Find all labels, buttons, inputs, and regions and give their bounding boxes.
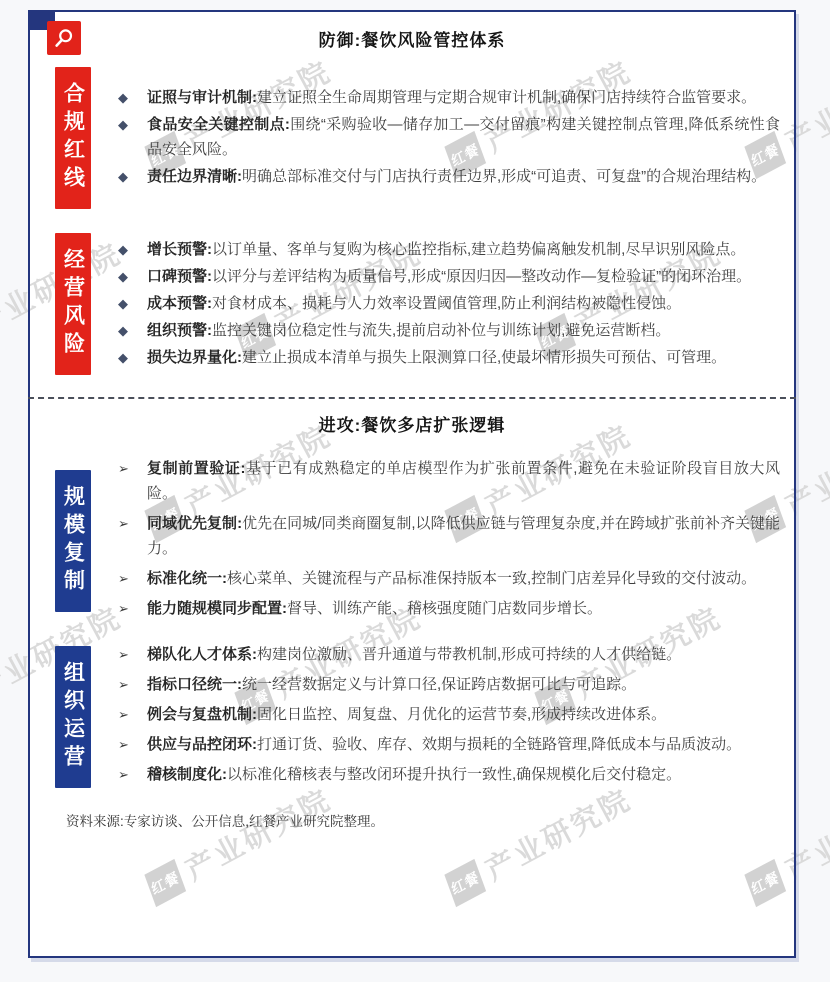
item-lead: 口碑预警: (147, 268, 212, 285)
item-lead: 成本预警: (147, 295, 212, 312)
group-items: ◆增长预警:以订单量、客单与复购为核心监控指标,建立趋势偏离触发机制,尽早识别风… (117, 237, 780, 372)
diamond-bullet-icon: ◆ (118, 237, 128, 262)
group-label-text: 组织运营 (63, 661, 84, 773)
group-label-text: 经营风险 (63, 248, 84, 360)
item-lead: 稽核制度化: (147, 766, 227, 783)
item-text: 构建岗位激励、晋升通道与带教机制,形成可持续的人才供给链。 (257, 646, 681, 663)
section-group: 经营风险◆增长预警:以订单量、客单与复购为核心监控指标,建立趋势偏离触发机制,尽… (28, 233, 796, 375)
bullet-item: ◆成本预警:对食材成本、损耗与人力效率设置阈值管理,防止利润结构被隐性侵蚀。 (117, 291, 780, 316)
item-lead: 供应与品控闭环: (147, 736, 257, 753)
item-lead: 例会与复盘机制: (147, 706, 257, 723)
magnifier-glyph (52, 26, 76, 50)
bullet-item: ◆证照与审计机制:建立证照全生命周期管理与定期合规审计机制,确保门店持续符合监管… (117, 85, 780, 110)
bullet-item: ➢同域优先复制:优先在同城/同类商圈复制,以降低供应链与管理复杂度,并在跨域扩张… (117, 511, 780, 561)
arrow-bullet-icon: ➢ (118, 672, 129, 697)
bullet-item: ◆增长预警:以订单量、客单与复购为核心监控指标,建立趋势偏离触发机制,尽早识别风… (117, 237, 780, 262)
diamond-bullet-icon: ◆ (118, 291, 128, 316)
section-group: 组织运营➢梯队化人才体系:构建岗位激励、晋升通道与带教机制,形成可持续的人才供给… (28, 642, 796, 792)
bullet-item: ◆责任边界清晰:明确总部标准交付与门店执行责任边界,形成“可追责、可复盘”的合规… (117, 164, 780, 189)
item-lead: 组织预警: (147, 322, 212, 339)
item-text: 建立止损成本清单与损失上限测算口径,使最坏情形损失可预估、可管理。 (242, 349, 726, 366)
infographic-canvas: 红餐产业研究院红餐产业研究院红餐产业研究院红餐产业研究院红餐产业研究院红餐产业研… (0, 0, 830, 982)
dashed-divider (28, 397, 796, 399)
item-lead: 标准化统一: (147, 570, 227, 587)
arrow-bullet-icon: ➢ (118, 511, 129, 536)
diamond-bullet-icon: ◆ (118, 318, 128, 343)
group-label: 组织运营 (55, 646, 91, 788)
item-text: 明确总部标准交付与门店执行责任边界,形成“可追责、可复盘”的合规治理结构。 (242, 168, 766, 185)
item-text: 打通订货、验收、库存、效期与损耗的全链路管理,降低成本与品质波动。 (257, 736, 741, 753)
diamond-bullet-icon: ◆ (118, 85, 128, 110)
arrow-bullet-icon: ➢ (118, 596, 129, 621)
group-items: ➢梯队化人才体系:构建岗位激励、晋升通道与带教机制,形成可持续的人才供给链。➢指… (117, 642, 780, 792)
diamond-bullet-icon: ◆ (118, 112, 128, 137)
arrow-bullet-icon: ➢ (118, 762, 129, 787)
offense-title: 进攻:餐饮多店扩张逻辑 (28, 411, 796, 436)
item-text: 建立证照全生命周期管理与定期合规审计机制,确保门店持续符合监管要求。 (257, 89, 756, 106)
content: 防御:餐饮风险管控体系 合规红线◆证照与审计机制:建立证照全生命周期管理与定期合… (28, 10, 796, 958)
bullet-item: ➢复制前置验证:基于已有成熟稳定的单店模型作为扩张前置条件,避免在未验证阶段盲目… (117, 456, 780, 506)
bullet-item: ➢标准化统一:核心菜单、关键流程与产品标准保持版本一致,控制门店差异化导致的交付… (117, 566, 780, 591)
item-text: 对食材成本、损耗与人力效率设置阈值管理,防止利润结构被隐性侵蚀。 (212, 295, 681, 312)
bullet-item: ➢能力随规模同步配置:督导、训练产能、稽核强度随门店数同步增长。 (117, 596, 780, 621)
group-label: 规模复制 (55, 470, 91, 612)
item-lead: 梯队化人才体系: (147, 646, 257, 663)
bullet-item: ➢梯队化人才体系:构建岗位激励、晋升通道与带教机制,形成可持续的人才供给链。 (117, 642, 780, 667)
item-text: 督导、训练产能、稽核强度随门店数同步增长。 (287, 600, 602, 617)
item-lead: 指标口径统一: (147, 676, 242, 693)
item-lead: 增长预警: (147, 241, 212, 258)
bullet-item: ◆口碑预警:以评分与差评结构为质量信号,形成“原因归因—整改动作—复检验证”的闭… (117, 264, 780, 289)
item-text: 以订单量、客单与复购为核心监控指标,建立趋势偏离触发机制,尽早识别风险点。 (212, 241, 745, 258)
group-items: ➢复制前置验证:基于已有成熟稳定的单店模型作为扩张前置条件,避免在未验证阶段盲目… (117, 456, 780, 626)
diamond-bullet-icon: ◆ (118, 345, 128, 370)
group-items: ◆证照与审计机制:建立证照全生命周期管理与定期合规审计机制,确保门店持续符合监管… (117, 85, 780, 191)
bullet-item: ➢指标口径统一:统一经营数据定义与计算口径,保证跨店数据可比与可追踪。 (117, 672, 780, 697)
arrow-bullet-icon: ➢ (118, 456, 129, 481)
arrow-bullet-icon: ➢ (118, 732, 129, 757)
bullet-item: ➢稽核制度化:以标准化稽核表与整改闭环提升执行一致性,确保规模化后交付稳定。 (117, 762, 780, 787)
defense-section: 合规红线◆证照与审计机制:建立证照全生命周期管理与定期合规审计机制,确保门店持续… (28, 67, 796, 375)
item-text: 以标准化稽核表与整改闭环提升执行一致性,确保规模化后交付稳定。 (227, 766, 681, 783)
item-text: 核心菜单、关键流程与产品标准保持版本一致,控制门店差异化导致的交付波动。 (227, 570, 756, 587)
bullet-item: ➢供应与品控闭环:打通订货、验收、库存、效期与损耗的全链路管理,降低成本与品质波… (117, 732, 780, 757)
item-text: 监控关键岗位稳定性与流失,提前启动补位与训练计划,避免运营断档。 (212, 322, 670, 339)
offense-section: 规模复制➢复制前置验证:基于已有成熟稳定的单店模型作为扩张前置条件,避免在未验证… (28, 456, 796, 792)
item-lead: 损失边界量化: (147, 349, 242, 366)
bullet-item: ➢例会与复盘机制:固化日监控、周复盘、月优化的运营节奏,形成持续改进体系。 (117, 702, 780, 727)
arrow-bullet-icon: ➢ (118, 642, 129, 667)
item-lead: 复制前置验证: (147, 460, 245, 477)
diamond-bullet-icon: ◆ (118, 164, 128, 189)
diamond-bullet-icon: ◆ (118, 264, 128, 289)
arrow-bullet-icon: ➢ (118, 702, 129, 727)
item-lead: 能力随规模同步配置: (147, 600, 287, 617)
bullet-item: ◆组织预警:监控关键岗位稳定性与流失,提前启动补位与训练计划,避免运营断档。 (117, 318, 780, 343)
section-group: 合规红线◆证照与审计机制:建立证照全生命周期管理与定期合规审计机制,确保门店持续… (28, 67, 796, 209)
group-label: 经营风险 (55, 233, 91, 375)
item-text: 统一经营数据定义与计算口径,保证跨店数据可比与可追踪。 (242, 676, 636, 693)
source-note: 资料来源:专家访谈、公开信息,红餐产业研究院整理。 (66, 810, 796, 830)
item-text: 以评分与差评结构为质量信号,形成“原因归因—整改动作—复检验证”的闭环治理。 (212, 268, 751, 285)
magnifier-logo-icon (47, 21, 81, 55)
group-label: 合规红线 (55, 67, 91, 209)
item-lead: 责任边界清晰: (147, 168, 242, 185)
group-label-text: 规模复制 (63, 485, 84, 597)
item-text: 优先在同城/同类商圈复制,以降低供应链与管理复杂度,并在跨域扩张前补齐关键能力。 (147, 515, 780, 557)
arrow-bullet-icon: ➢ (118, 566, 129, 591)
item-lead: 食品安全关键控制点: (147, 116, 290, 133)
bullet-item: ◆损失边界量化:建立止损成本清单与损失上限测算口径,使最坏情形损失可预估、可管理… (117, 345, 780, 370)
item-lead: 同域优先复制: (147, 515, 242, 532)
item-lead: 证照与审计机制: (147, 89, 257, 106)
item-text: 固化日监控、周复盘、月优化的运营节奏,形成持续改进体系。 (257, 706, 666, 723)
bullet-item: ◆食品安全关键控制点:围绕“采购验收—储存加工—交付留痕”构建关键控制点管理,降… (117, 112, 780, 162)
section-group: 规模复制➢复制前置验证:基于已有成熟稳定的单店模型作为扩张前置条件,避免在未验证… (28, 456, 796, 626)
defense-title: 防御:餐饮风险管控体系 (28, 10, 796, 51)
group-label-text: 合规红线 (63, 82, 84, 194)
